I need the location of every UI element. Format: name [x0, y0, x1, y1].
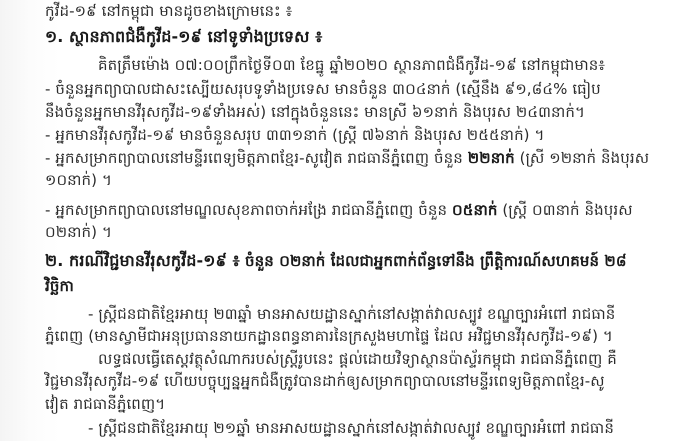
case-1-line-2: ភ្នំពេញ (មានស្វាមីជាអនុប្រធាននាយកដ្ឋានពន…: [45, 326, 613, 346]
bold-count: ២២នាក់: [468, 149, 515, 167]
intro-text-tail: កូវីដ-១៩ នៅកម្ពុជា មានដូចខាងក្រោមនេះ ៖: [45, 1, 292, 21]
scanned-document-page: កូវីដ-១៩ នៅកម្ពុជា មានដូចខាងក្រោមនេះ ៖ ១…: [0, 0, 678, 441]
bullet-text: (ស្រី ១២នាក់ និងបុរស: [515, 149, 649, 167]
section-1-paragraph: គិតត្រឹមម៉ោង ០៧:០០ព្រឹកថ្ងៃទី០៣ ខែធ្នូ ឆ…: [98, 55, 605, 75]
section-2-heading-rest: ចំនួន ០២នាក់ ដែលជាអ្នកពាក់ព័ន្ធទៅនឹង ព្រ…: [240, 252, 627, 270]
case-1-line-1: - ស្ត្រីជនជាតិខ្មែរអាយុ ២៣ឆ្នាំ មានអាសយដ…: [88, 304, 615, 324]
section-2-heading-line-1: ២. ករណីវិជ្ជមានវីរុសកូវីដ-១៩ ៖ ចំនួន ០២ន…: [45, 251, 627, 271]
case-1-result-line-3: វៀត រាជធានីភ្នំពេញ។: [45, 394, 165, 414]
section-1-heading: ១. ស្ថានភាពជំងឺកូវីដ-១៩ នៅទូទាំងប្រទេស ៖: [45, 27, 322, 47]
bullet-recovered-line-2: នឹងចំនួនអ្នកមានវីរុសកូវីដ-១៩ទាំងអស់) នៅក…: [45, 102, 585, 122]
bullet-khmer-soviet-hospital-line-1: - អ្នកសម្រាកព្យាបាលនៅមន្ទីរពេទ្យមិត្តភាព…: [45, 148, 649, 168]
bullet-total-cases: - អ្នកមានវីរុសកូវីដ-១៩ មានចំនួនសរុប ៣៣១ន…: [45, 125, 545, 145]
bullet-text: - អ្នកសម្រាកព្យាបាលនៅមណ្ឌលសុខភាពចាក់អង្រ…: [45, 201, 452, 219]
section-2-heading-line-2: វិច្ឆិកា: [45, 276, 74, 296]
bullet-recovered-line-1: - ចំនួនអ្នកព្យាបាលជាសះស្បើយសរុបទូទាំងប្រ…: [45, 79, 601, 99]
bullet-khmer-soviet-hospital-line-2: ១០នាក់) ។: [45, 170, 112, 190]
case-1-result-line-2: វិជ្ជមានវីរុសកូវីដ-១៩ ហើយបច្ចុប្បន្នអ្នក…: [45, 371, 605, 391]
bullet-text: - អ្នកសម្រាកព្យាបាលនៅមន្ទីរពេទ្យមិត្តភាព…: [45, 149, 468, 167]
bullet-chak-angre-line-1: - អ្នកសម្រាកព្យាបាលនៅមណ្ឌលសុខភាពចាក់អង្រ…: [45, 200, 633, 220]
case-1-result-line-1: លទ្ធផលធ្វើតេស្តវត្ថុសំណាករបស់ស្ត្រីរូបនេ…: [98, 349, 617, 369]
section-2-heading: ២. ករណីវិជ្ជមានវីរុសកូវីដ-១៩ ៖: [45, 251, 240, 270]
bullet-chak-angre-line-2: ០២នាក់) ។: [45, 222, 112, 242]
case-2-line-1: - ស្ត្រីជនជាតិខ្មែរអាយុ ២១ឆ្នាំ មានអាសយដ…: [88, 418, 614, 438]
bullet-text: (ស្ត្រី ០៣នាក់ និងបុរស: [497, 201, 632, 219]
bold-count: ០៥នាក់: [452, 201, 497, 219]
